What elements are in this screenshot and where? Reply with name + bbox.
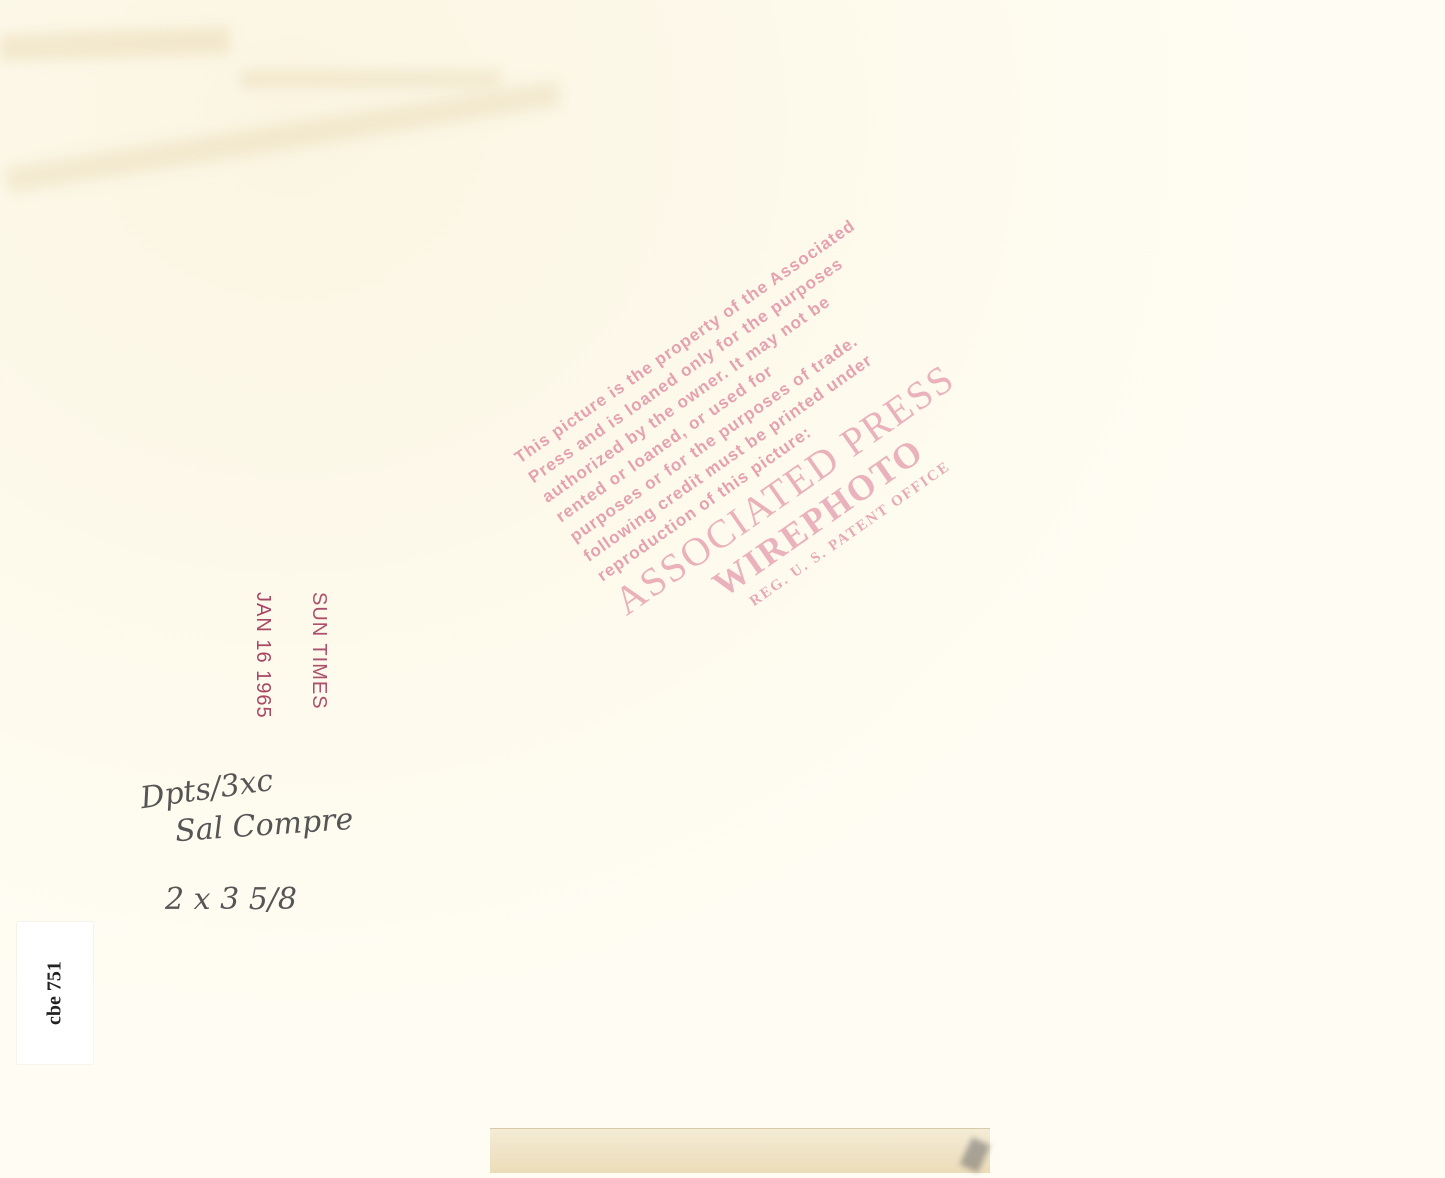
paper-edge: [490, 1128, 990, 1173]
date-stamp: SUN TIMES JAN 16 1965: [244, 592, 340, 742]
catalog-label: cbe 751: [17, 922, 93, 1064]
handwritten-note: 2 x 3 5/8: [165, 882, 297, 917]
ap-wirephoto-stamp: This picture is the property of the Asso…: [470, 330, 950, 770]
stain: [240, 70, 500, 88]
stamp-date: JAN 16 1965: [251, 592, 274, 719]
catalog-id: cbe 751: [44, 961, 67, 1025]
stamp-publication: SUN TIMES: [307, 592, 330, 710]
